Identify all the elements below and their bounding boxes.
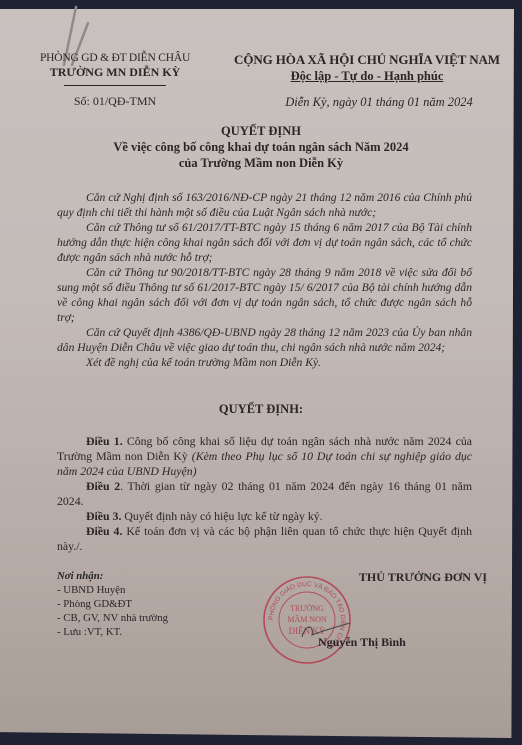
divider — [64, 85, 166, 86]
recipient-item: - Lưu :VT, KT. — [57, 625, 168, 639]
article-label: Điều 2 — [86, 479, 120, 493]
preamble-item: Căn cứ Thông tư số 61/2017/TT-BTC ngày 1… — [57, 220, 472, 265]
article-label: Điều 1. — [86, 434, 123, 448]
title-heading: QUYẾT ĐỊNH — [0, 124, 522, 139]
article-text: Quyết định này có hiệu lực kể từ ngày ký… — [121, 509, 322, 523]
article-text: . Thời gian từ ngày 02 tháng 01 năm 2024… — [57, 479, 472, 508]
article-4: Điều 4. Kế toán đơn vị và các bộ phận li… — [57, 524, 472, 554]
signer-name: Nguyễn Thị Bình — [318, 635, 406, 650]
document-title: QUYẾT ĐỊNH Về việc công bố công khai dự … — [0, 124, 522, 171]
official-stamp-icon: PHÒNG GIÁO DỤC VÀ ĐÀO TẠO DIỄN CHÂU TRƯỜ… — [262, 575, 352, 665]
place-date: Diễn Kỳ, ngày 01 tháng 01 năm 2024 — [222, 95, 512, 110]
articles: Điều 1. Công bố công khai số liệu dự toá… — [57, 434, 472, 554]
decision-heading: QUYẾT ĐỊNH: — [0, 402, 522, 417]
recipient-item: - CB, GV, NV nhà trường — [57, 611, 168, 625]
preamble: Căn cứ Nghị định số 163/2016/NĐ-CP ngày … — [57, 190, 472, 370]
nation-name: CỘNG HÒA XÃ HỘI CHỦ NGHĨA VIỆT NAM — [222, 52, 512, 68]
svg-text:TRƯỜNG: TRƯỜNG — [290, 603, 324, 613]
recipient-item: - UBND Huyện — [57, 583, 168, 597]
preamble-item: Căn cứ Thông tư 90/2018/TT-BTC ngày 28 t… — [57, 265, 472, 325]
preamble-item: Căn cứ Nghị định số 163/2016/NĐ-CP ngày … — [57, 190, 472, 220]
article-3: Điều 3. Quyết định này có hiệu lực kể từ… — [57, 509, 472, 524]
article-1: Điều 1. Công bố công khai số liệu dự toá… — [57, 434, 472, 479]
article-label: Điều 3. — [86, 509, 121, 523]
signature-title: THỦ TRƯỞNG ĐƠN VỊ — [348, 570, 498, 585]
svg-text:MẦM NON: MẦM NON — [287, 614, 327, 624]
recipients: Nơi nhận: - UBND Huyện - Phòng GD&ĐT - C… — [57, 569, 168, 639]
article-label: Điều 4. — [86, 524, 122, 538]
national-header: CỘNG HÒA XÃ HỘI CHỦ NGHĨA VIỆT NAM Độc l… — [222, 52, 512, 110]
article-2: Điều 2. Thời gian từ ngày 02 tháng 01 nă… — [57, 479, 472, 509]
preamble-item: Căn cứ Quyết định 4386/QĐ-UBND ngày 28 t… — [57, 325, 472, 355]
department-name: PHÒNG GD & ĐT DIỄN CHÂU — [30, 52, 200, 64]
school-name: TRƯỜNG MN DIỄN KỲ — [30, 65, 200, 80]
title-subject-2: của Trường Mầm non Diễn Kỳ — [0, 156, 522, 171]
recipients-heading: Nơi nhận: — [57, 569, 168, 583]
title-subject-1: Về việc công bố công khai dự toán ngân s… — [0, 140, 522, 155]
document-number: Số: 01/QĐ-TMN — [30, 94, 200, 109]
issuer-block: PHÒNG GD & ĐT DIỄN CHÂU TRƯỜNG MN DIỄN K… — [30, 52, 200, 109]
national-motto: Độc lập - Tự do - Hạnh phúc — [222, 69, 512, 84]
preamble-item: Xét đề nghị của kế toán trường Mầm non D… — [57, 355, 472, 370]
recipient-item: - Phòng GD&ĐT — [57, 597, 168, 611]
